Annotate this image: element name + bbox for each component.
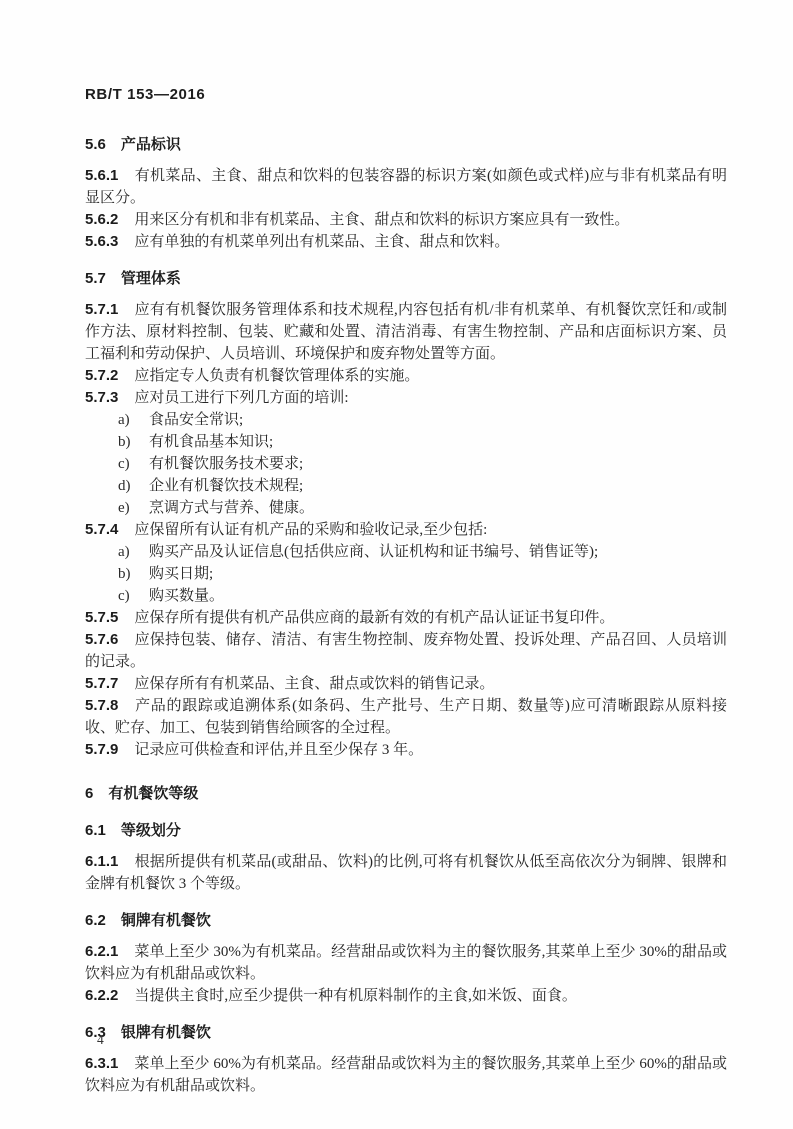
clause-text: 应保存所有提供有机产品供应商的最新有效的有机产品认证证书复印件。 xyxy=(134,610,614,626)
list-item-text: 企业有机餐饮技术规程; xyxy=(149,478,303,494)
document-content: RB/T 153—2016 5.6产品标识 5.6.1有机菜品、主食、甜点和饮料… xyxy=(85,86,727,1097)
clause-text: 用来区分有机和非有机菜品、主食、甜点和饮料的标识方案应具有一致性。 xyxy=(134,212,629,228)
list-item-b: b)有机食品基本知识; xyxy=(85,431,727,453)
clause-number: 5.7.7 xyxy=(85,675,118,692)
clause-number: 5.7.2 xyxy=(85,367,118,384)
list-item-text: 购买日期; xyxy=(149,566,213,582)
clause-text: 应有单独的有机菜单列出有机菜品、主食、甜点和饮料。 xyxy=(134,234,509,250)
clause-text: 当提供主食时,应至少提供一种有机原料制作的主食,如米饭、面食。 xyxy=(134,988,577,1004)
clause-5.7.1: 5.7.1应有有机餐饮服务管理体系和技术规程,内容包括有机/非有机菜单、有机餐饮… xyxy=(85,299,727,365)
clause-6.2.2: 6.2.2当提供主食时,应至少提供一种有机原料制作的主食,如米饭、面食。 xyxy=(85,985,727,1007)
clause-5.7.9: 5.7.9记录应可供检查和评估,并且至少保存 3 年。 xyxy=(85,739,727,761)
clause-5.6.3: 5.6.3应有单独的有机菜单列出有机菜品、主食、甜点和饮料。 xyxy=(85,231,727,253)
heading-title: 有机餐饮等级 xyxy=(108,785,198,802)
clause-number: 5.7.8 xyxy=(85,697,118,714)
clause-text: 根据所提供有机菜品(或甜品、饮料)的比例,可将有机餐饮从低至高依次分为铜牌、银牌… xyxy=(85,854,727,892)
section-heading-5.6: 5.6产品标识 xyxy=(85,134,727,156)
heading-title: 等级划分 xyxy=(121,822,181,839)
list-item-marker: c) xyxy=(118,453,149,475)
clause-number: 5.7.1 xyxy=(85,301,118,318)
heading-number: 5.7 xyxy=(85,270,106,287)
clause-text: 菜单上至少 30%为有机菜品。经营甜品或饮料为主的餐饮服务,其菜单上至少 30%… xyxy=(85,944,727,982)
clause-text: 应保持包装、储存、清洁、有害生物控制、废弃物处置、投诉处理、产品召回、人员培训的… xyxy=(85,632,727,670)
clause-5.7.8: 5.7.8产品的跟踪或追溯体系(如条码、生产批号、生产日期、数量等)应可清晰跟踪… xyxy=(85,695,727,739)
document-page: RB/T 153—2016 5.6产品标识 5.6.1有机菜品、主食、甜点和饮料… xyxy=(0,0,793,1129)
document-body: 5.6产品标识 5.6.1有机菜品、主食、甜点和饮料的包装容器的标识方案(如颜色… xyxy=(85,134,727,1097)
doc-code: RB/T 153—2016 xyxy=(85,86,727,103)
list-item-text: 有机食品基本知识; xyxy=(149,434,273,450)
clause-number: 5.6.2 xyxy=(85,211,118,228)
list-item-text: 食品安全常识; xyxy=(149,412,243,428)
clause-text: 菜单上至少 60%为有机菜品。经营甜品或饮料为主的餐饮服务,其菜单上至少 60%… xyxy=(85,1056,727,1094)
clause-5.7.7: 5.7.7应保存所有有机菜品、主食、甜点或饮料的销售记录。 xyxy=(85,673,727,695)
clause-5.7.6: 5.7.6应保持包装、储存、清洁、有害生物控制、废弃物处置、投诉处理、产品召回、… xyxy=(85,629,727,673)
clause-text: 记录应可供检查和评估,并且至少保存 3 年。 xyxy=(134,742,423,758)
clause-number: 6.2.1 xyxy=(85,943,118,960)
section-heading-6.2: 6.2铜牌有机餐饮 xyxy=(85,910,727,932)
list-item-marker: a) xyxy=(118,541,149,563)
list-item-marker: e) xyxy=(118,497,149,519)
clause-5.7.5: 5.7.5应保存所有提供有机产品供应商的最新有效的有机产品认证证书复印件。 xyxy=(85,607,727,629)
clause-number: 5.7.5 xyxy=(85,609,118,626)
list-item-text: 有机餐饮服务技术要求; xyxy=(149,456,303,472)
list-item-text: 烹调方式与营养、健康。 xyxy=(149,500,314,516)
list-item-marker: b) xyxy=(118,563,149,585)
list-item-c: c)购买数量。 xyxy=(85,585,727,607)
clause-number: 5.7.4 xyxy=(85,521,118,538)
clause-number: 5.6.1 xyxy=(85,167,118,184)
clause-number: 5.7.3 xyxy=(85,389,118,406)
heading-title: 管理体系 xyxy=(121,270,181,287)
clause-text: 应指定专人负责有机餐饮管理体系的实施。 xyxy=(134,368,419,384)
list-item-e: e)烹调方式与营养、健康。 xyxy=(85,497,727,519)
list-item-marker: b) xyxy=(118,431,149,453)
clause-5.7.2: 5.7.2应指定专人负责有机餐饮管理体系的实施。 xyxy=(85,365,727,387)
section-heading-6.1: 6.1等级划分 xyxy=(85,820,727,842)
list-item-marker: d) xyxy=(118,475,149,497)
clause-5.6.2: 5.6.2用来区分有机和非有机菜品、主食、甜点和饮料的标识方案应具有一致性。 xyxy=(85,209,727,231)
heading-number: 6.1 xyxy=(85,822,106,839)
heading-title: 银牌有机餐饮 xyxy=(121,1024,211,1041)
heading-title: 铜牌有机餐饮 xyxy=(121,912,211,929)
clause-6.2.1: 6.2.1菜单上至少 30%为有机菜品。经营甜品或饮料为主的餐饮服务,其菜单上至… xyxy=(85,941,727,985)
clause-text: 应保留所有认证有机产品的采购和验收记录,至少包括: xyxy=(134,522,487,538)
section-heading-6: 6有机餐饮等级 xyxy=(85,783,727,805)
clause-text: 产品的跟踪或追溯体系(如条码、生产批号、生产日期、数量等)应可清晰跟踪从原料接收… xyxy=(85,698,727,736)
heading-number: 6 xyxy=(85,785,93,802)
clause-text: 有机菜品、主食、甜点和饮料的包装容器的标识方案(如颜色或式样)应与非有机菜品有明… xyxy=(85,168,727,206)
list-item-b: b)购买日期; xyxy=(85,563,727,585)
clause-number: 6.1.1 xyxy=(85,853,118,870)
clause-6.1.1: 6.1.1根据所提供有机菜品(或甜品、饮料)的比例,可将有机餐饮从低至高依次分为… xyxy=(85,851,727,895)
clause-number: 5.7.6 xyxy=(85,631,118,648)
heading-number: 6.2 xyxy=(85,912,106,929)
list-item-a: a)食品安全常识; xyxy=(85,409,727,431)
clause-number: 6.2.2 xyxy=(85,987,118,1004)
section-heading-5.7: 5.7管理体系 xyxy=(85,268,727,290)
clause-number: 5.7.9 xyxy=(85,741,118,758)
list-item-c: c)有机餐饮服务技术要求; xyxy=(85,453,727,475)
list-item-text: 购买数量。 xyxy=(149,588,224,604)
page-number: 4 xyxy=(97,1032,104,1048)
clause-5.7.3: 5.7.3应对员工进行下列几方面的培训: xyxy=(85,387,727,409)
clause-6.3.1: 6.3.1菜单上至少 60%为有机菜品。经营甜品或饮料为主的餐饮服务,其菜单上至… xyxy=(85,1053,727,1097)
clause-number: 6.3.1 xyxy=(85,1055,118,1072)
list-item-marker: c) xyxy=(118,585,149,607)
list-item-text: 购买产品及认证信息(包括供应商、认证机构和证书编号、销售证等); xyxy=(149,544,598,560)
clause-number: 5.6.3 xyxy=(85,233,118,250)
clause-5.6.1: 5.6.1有机菜品、主食、甜点和饮料的包装容器的标识方案(如颜色或式样)应与非有… xyxy=(85,165,727,209)
clause-text: 应保存所有有机菜品、主食、甜点或饮料的销售记录。 xyxy=(134,676,494,692)
section-heading-6.3: 6.3银牌有机餐饮 xyxy=(85,1022,727,1044)
list-item-a: a)购买产品及认证信息(包括供应商、认证机构和证书编号、销售证等); xyxy=(85,541,727,563)
heading-number: 5.6 xyxy=(85,136,106,153)
heading-title: 产品标识 xyxy=(121,136,181,153)
clause-text: 应对员工进行下列几方面的培训: xyxy=(134,390,348,406)
clause-5.7.4: 5.7.4应保留所有认证有机产品的采购和验收记录,至少包括: xyxy=(85,519,727,541)
clause-text: 应有有机餐饮服务管理体系和技术规程,内容包括有机/非有机菜单、有机餐饮烹饪和/或… xyxy=(85,302,727,362)
list-item-d: d)企业有机餐饮技术规程; xyxy=(85,475,727,497)
list-item-marker: a) xyxy=(118,409,149,431)
